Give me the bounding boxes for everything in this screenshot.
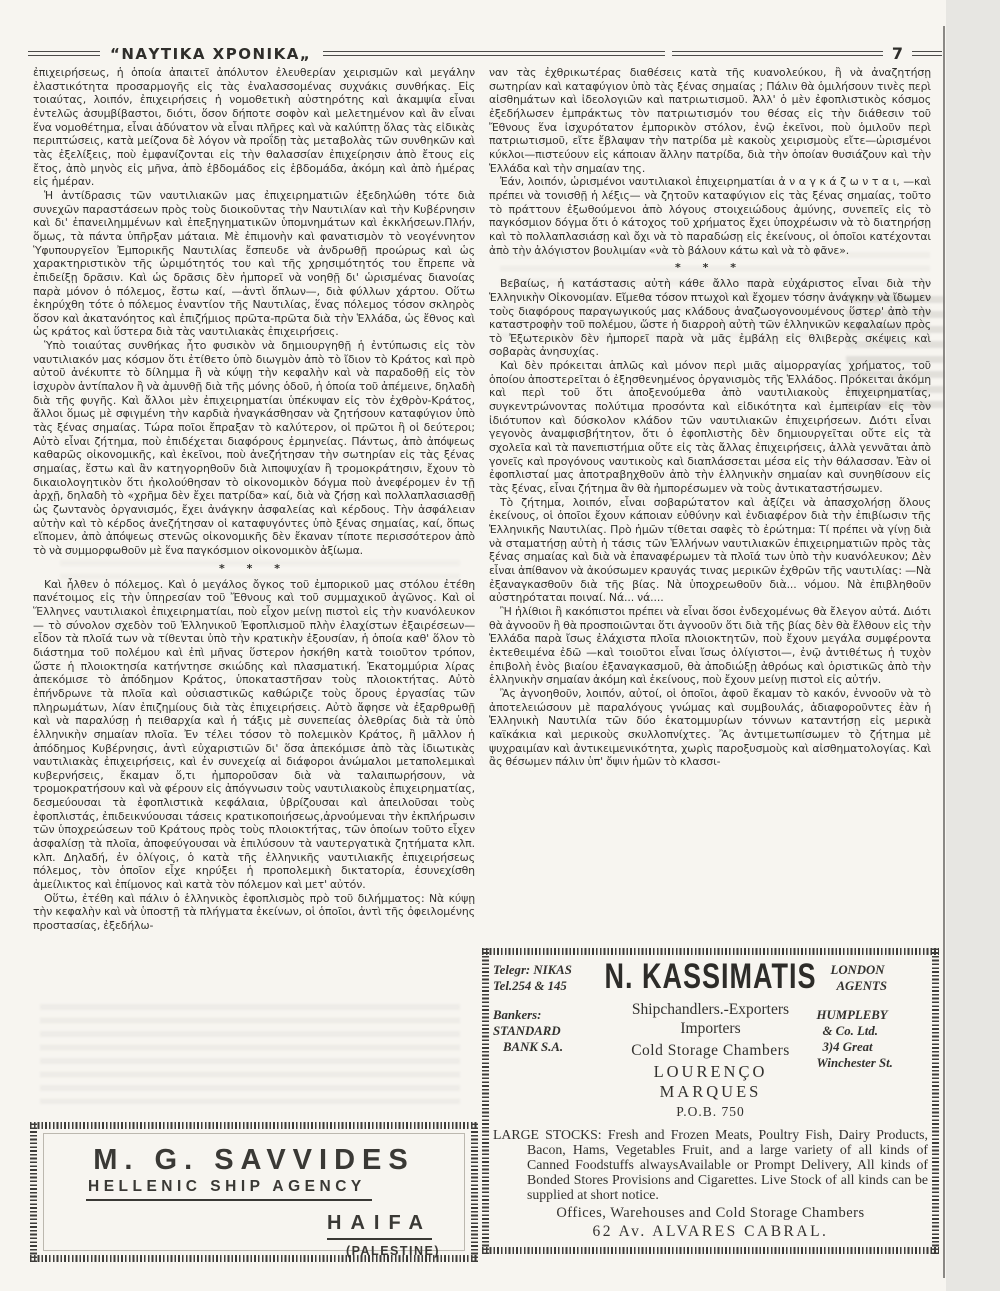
po-box: P.O.B. 750: [604, 1104, 816, 1120]
advertiser-tagline: HELLENIC SHIP AGENCY: [86, 1178, 372, 1201]
article-paragraph: Οὕτω, ἐτέθη καὶ πάλιν ὁ ἑλληνικὸς ἐφοπλι…: [33, 892, 475, 933]
bankers-label: Bankers:: [493, 1007, 604, 1023]
advertiser-city: HAIFA: [327, 1212, 432, 1240]
scanned-page: “ΝΑΥΤΙΚΑ ΧΡΟΝΙΚΑ„ 7 ἐπιχειρήσεως, ἡ ὁποί…: [0, 0, 1000, 1291]
page-edge-shadow: [943, 26, 945, 1278]
hatched-border-left: [482, 948, 489, 1254]
agents-line: Winchester St.: [817, 1055, 928, 1071]
article-paragraph: Ὑπὸ τοιαύτας συνθήκας ἦτο φυσικὸν νὰ δημ…: [33, 339, 475, 558]
advertiser-name: N. KASSIMATIS: [604, 957, 816, 997]
street-address: 62 Av. ALVARES CABRAL.: [493, 1223, 928, 1241]
article-paragraph: Βεβαίως, ἡ κατάστασις αὐτὴ κάθε ἄλλο παρ…: [489, 277, 931, 359]
agents-line: LONDON: [817, 962, 928, 978]
role-line: Importers: [604, 1019, 816, 1038]
article-paragraph: ἐπιχειρήσεως, ἡ ὁποία ἀπαιτεῖ ἀπόλυτον ἐ…: [33, 66, 475, 189]
ad-savvides: M. G. SAVVIDES HELLENIC SHIP AGENCY HAIF…: [30, 1122, 478, 1262]
left-column: ἐπιχειρήσεως, ἡ ὁποία ἀπαιτεῖ ἀπόλυτον ἐ…: [33, 66, 475, 1116]
section-separator: * * *: [33, 562, 475, 575]
hatched-border-top: [482, 948, 939, 955]
ad-kassimatis-inner: Telegr: NIKAS Tel.254 & 145 Bankers: STA…: [493, 957, 928, 1245]
advertiser-city: LOURENÇO MARQUES: [604, 1062, 816, 1102]
stocks-label: LARGE STOCKS:: [493, 1127, 602, 1142]
agents-line: & Co. Ltd.: [817, 1023, 928, 1039]
advertiser-country: (PALESTINE): [346, 1244, 440, 1258]
publication-title: “ΝΑΥΤΙΚΑ ΧΡΟΝΙΚΑ„: [110, 45, 311, 63]
hatched-border-bottom: [482, 1247, 939, 1254]
spacer: [817, 994, 928, 1007]
rule-left: [28, 51, 100, 56]
bank-name: STANDARD: [493, 1023, 604, 1039]
hatched-border-right: [471, 1122, 478, 1262]
stocks-paragraph: LARGE STOCKS: Fresh and Frozen Meats, Po…: [493, 1127, 928, 1202]
ad-kassimatis-header: Telegr: NIKAS Tel.254 & 145 Bankers: STA…: [493, 957, 928, 1120]
hatched-border-left: [30, 1122, 37, 1262]
agents-info: LONDON AGENTS HUMPLEBY & Co. Ltd. 3)4 Gr…: [817, 957, 928, 1120]
rule-right: [912, 51, 942, 56]
agents-line: 3)4 Great: [817, 1039, 928, 1055]
section-separator: * * *: [489, 261, 931, 274]
telegraph-line: Telegr: NIKAS: [493, 962, 604, 978]
article-paragraph: Ἡ ἀντίδρασις τῶν ναυτιλιακῶν μας ἐπιχειρ…: [33, 189, 475, 339]
advertiser-roles: Shipchandlers.-Exporters Importers: [604, 1000, 816, 1038]
ad-savvides-inner: M. G. SAVVIDES HELLENIC SHIP AGENCY HAIF…: [43, 1133, 465, 1251]
telephone-line: Tel.254 & 145: [493, 978, 604, 994]
role-line: Shipchandlers.-Exporters: [604, 1000, 816, 1019]
rule-middle-2: [672, 51, 883, 56]
advertiser-name: M. G. SAVVIDES: [44, 1144, 464, 1177]
article-paragraph: Καὶ ἦλθεν ὁ πόλεμος. Καὶ ὁ μεγάλος ὄγκος…: [33, 578, 475, 892]
hatched-border-right: [932, 948, 939, 1254]
article-paragraph: Καὶ δὲν πρόκειται ἁπλῶς καὶ μόνον περὶ μ…: [489, 359, 931, 496]
contact-info: Telegr: NIKAS Tel.254 & 145 Bankers: STA…: [493, 957, 604, 1120]
rule-middle-1: [323, 51, 664, 56]
advertiser-block: N. KASSIMATIS Shipchandlers.-Exporters I…: [604, 957, 816, 1120]
bank-name: BANK S.A.: [493, 1039, 604, 1055]
page-gutter: [946, 0, 1000, 1291]
article-paragraph: Τὸ ζήτημα, λοιπόν, εἶναι σοβαρώτατον καὶ…: [489, 496, 931, 605]
page-number: 7: [892, 44, 903, 63]
agents-line: HUMPLEBY: [817, 1007, 928, 1023]
article-paragraph: ναν τὰς ἐχθρικωτέρας διαθέσεις κατὰ τῆς …: [489, 66, 931, 175]
ad-kassimatis: Telegr: NIKAS Tel.254 & 145 Bankers: STA…: [482, 948, 939, 1254]
article-paragraph: Ἂς ἀγνοηθοῦν, λοιπόν, αὐτοί, οἱ ὁποῖοι, …: [489, 687, 931, 769]
right-column: ναν τὰς ἐχθρικωτέρας διαθέσεις κατὰ τῆς …: [489, 66, 931, 944]
hatched-border-top: [30, 1122, 478, 1129]
article-paragraph: Ἢ ἠλίθιοι ἢ κακόπιστοι πρέπει νὰ εἶναι ὅ…: [489, 605, 931, 687]
offices-line: Offices, Warehouses and Cold Storage Cha…: [493, 1205, 928, 1222]
agents-line: AGENTS: [817, 978, 928, 994]
article-paragraph: Ἐάν, λοιπόν, ὡρισμένοι ναυτιλιακοὶ ἐπιχε…: [489, 175, 931, 257]
cold-storage-line: Cold Storage Chambers: [604, 1042, 816, 1060]
spacer: [493, 994, 604, 1007]
masthead: “ΝΑΥΤΙΚΑ ΧΡΟΝΙΚΑ„ 7: [28, 44, 942, 63]
